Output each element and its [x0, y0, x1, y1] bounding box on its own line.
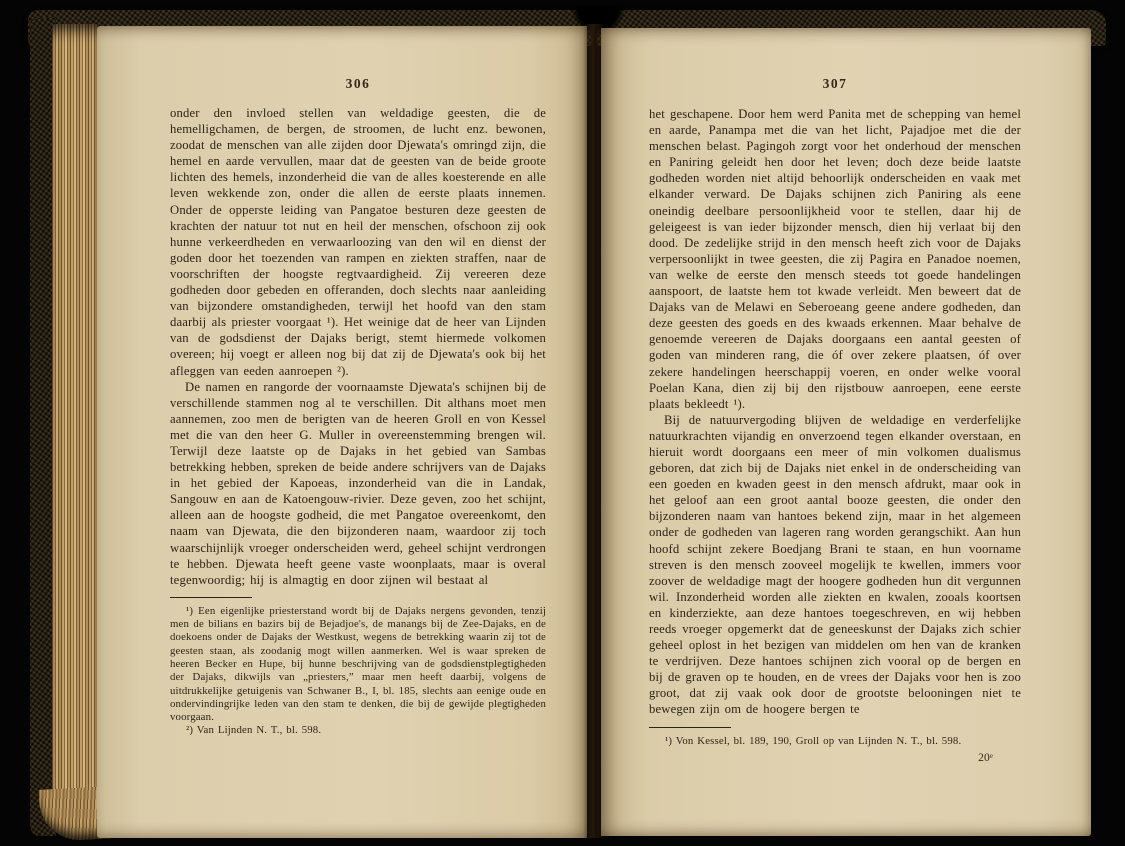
footnote: ²) Van Lijnden N. T., bl. 598.: [170, 724, 546, 737]
printer-signature-mark: 20ᵉ: [649, 750, 1021, 766]
book-scan-photo: 306 onder den invloed stellen van weldad…: [0, 0, 1125, 846]
body-paragraph: Bij de natuurvergoding blijven de weldad…: [649, 412, 1021, 718]
page-306: 306 onder den invloed stellen van weldad…: [97, 26, 587, 838]
stacked-page-edges: [52, 24, 98, 834]
footnote: ¹) Een eigenlijke priesterstand wordt bi…: [170, 605, 546, 725]
footnotes-306: ¹) Een eigenlijke priesterstand wordt bi…: [170, 605, 546, 738]
page-number-left: 306: [97, 76, 546, 92]
body-paragraph: De namen en rangorde der voornaamste Dje…: [170, 379, 546, 588]
page-307-text-block: het geschapene. Door hem werd Panita met…: [649, 106, 1021, 766]
page-number-right: 307: [601, 76, 1021, 92]
page-306-text-block: onder den invloed stellen van weldadige …: [170, 105, 546, 738]
footnotes-307: ¹) Von Kessel, bl. 189, 190, Groll op va…: [649, 735, 1021, 748]
footnote-separator-rule: [649, 727, 731, 728]
body-paragraph: onder den invloed stellen van weldadige …: [170, 105, 546, 379]
body-paragraph: het geschapene. Door hem werd Panita met…: [649, 106, 1021, 412]
footnote-separator-rule: [170, 597, 252, 598]
footnote: ¹) Von Kessel, bl. 189, 190, Groll op va…: [649, 735, 1021, 748]
page-307: 307 het geschapene. Door hem werd Panita…: [601, 28, 1091, 836]
